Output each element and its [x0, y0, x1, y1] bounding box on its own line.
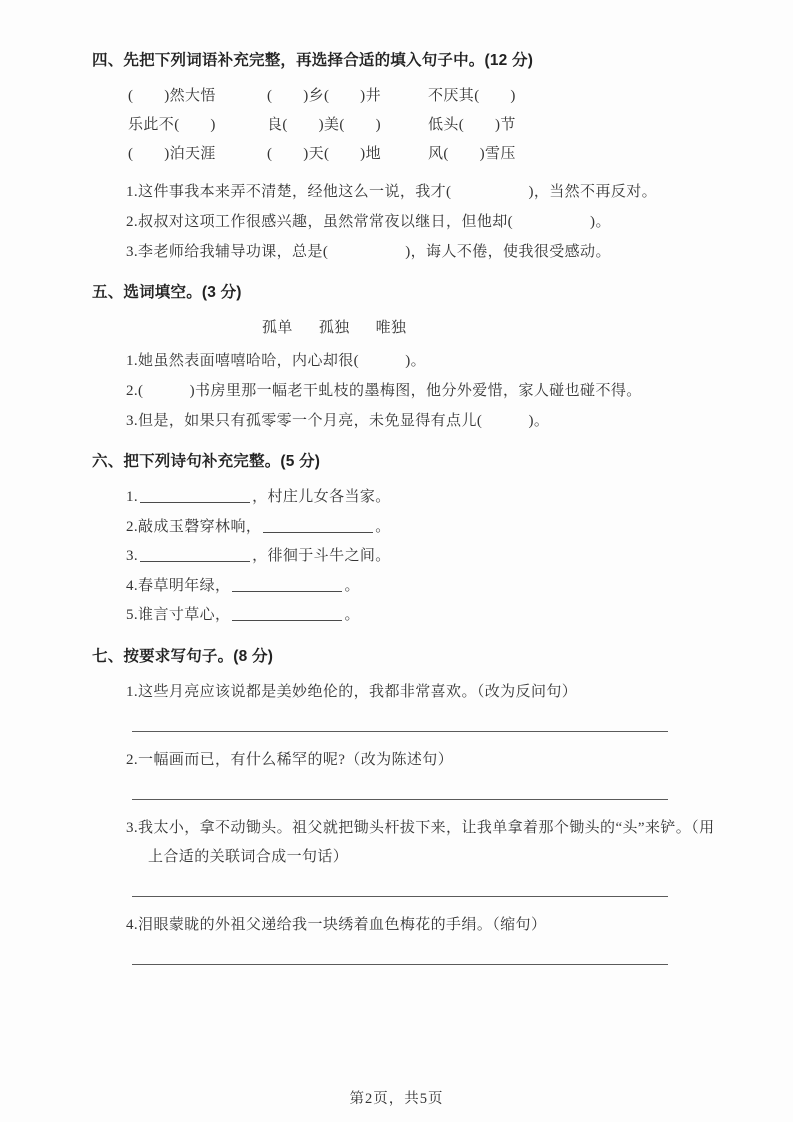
rewrite-question: 3.我太小，拿不动锄头。祖父就把锄头杆拔下来，让我单拿着那个锄头的“头”来铲。（…: [126, 814, 717, 872]
page-content: 四、先把下列词语补充完整，再选择合适的填入句子中。(12 分) ( )然大悟 (…: [0, 0, 793, 965]
poem-line: 2.敲成玉磬穿林响，。: [126, 513, 717, 543]
answer-line: [132, 964, 668, 965]
word-item: 低头( )节: [428, 111, 717, 140]
poem-line-post: 。: [375, 519, 390, 535]
section-word-choice: 五、选词填空。(3 分) 孤单 孤独 唯独 1.她虽然表面嘻嘻哈哈，内心却很( …: [92, 282, 717, 436]
blank-line: [140, 548, 250, 562]
section-five-title: 五、选词填空。(3 分): [92, 282, 717, 304]
word-item: 风( )雪压: [428, 140, 717, 169]
page-number: 第2页，共5页: [350, 1091, 444, 1107]
answer-line: [132, 799, 668, 800]
word-options: 孤单 孤独 唯独: [262, 314, 717, 342]
poem-line: 5.谁言寸草心，。: [126, 601, 717, 631]
blank-line: [263, 519, 373, 533]
word-item: 不厌其( ): [428, 82, 717, 111]
section-poem-completion: 六、把下列诗句补充完整。(5 分) 1.，村庄儿女各当家。 2.敲成玉磬穿林响，…: [92, 451, 717, 631]
fill-sentence: 3.李老师给我辅导功课，总是( )，诲人不倦，使我很受感动。: [126, 237, 717, 267]
poem-line-post: ，徘徊于斗牛之间。: [252, 548, 391, 564]
poem-line-post: ，村庄儿女各当家。: [252, 489, 391, 505]
poem-line: 4.春草明年绿，。: [126, 572, 717, 602]
fill-sentence: 1.她虽然表面嘻嘻哈哈，内心却很( )。: [126, 346, 717, 376]
blank-line: [232, 578, 342, 592]
poem-line: 3.，徘徊于斗牛之间。: [126, 542, 717, 572]
word-item: 良( )美( ): [267, 111, 428, 140]
exam-page: 四、先把下列词语补充完整，再选择合适的填入句子中。(12 分) ( )然大悟 (…: [0, 0, 793, 1122]
section-six-title: 六、把下列诗句补充完整。(5 分): [92, 451, 717, 473]
rewrite-question: 2.一幅画而已，有什么稀罕的呢?（改为陈述句）: [126, 746, 717, 775]
blank-line: [232, 607, 342, 621]
poem-line: 1.，村庄儿女各当家。: [126, 483, 717, 513]
poem-line-post: 。: [344, 607, 359, 623]
poem-line-pre: 5.谁言寸草心，: [126, 607, 230, 623]
word-completion-grid: ( )然大悟 ( )乡( )井 不厌其( ) 乐此不( ) 良( )美( ) 低…: [128, 82, 717, 169]
fill-sentence: 1.这件事我本来弄不清楚，经他这么一说，我才( )，当然不再反对。: [126, 177, 717, 207]
word-item: ( )天( )地: [267, 140, 428, 169]
section-four-title: 四、先把下列词语补充完整，再选择合适的填入句子中。(12 分): [92, 50, 717, 72]
word-item: ( )泊天涯: [128, 140, 267, 169]
rewrite-question: 4.泪眼蒙眬的外祖父递给我一块绣着血色梅花的手绢。（缩句）: [126, 911, 717, 940]
section-sentence-rewrite: 七、按要求写句子。(8 分) 1.这些月亮应该说都是美妙绝伦的，我都非常喜欢。（…: [92, 646, 717, 965]
poem-line-pre: 1.: [126, 489, 138, 505]
page-footer: 第2页，共5页: [0, 1087, 793, 1108]
section-seven-title: 七、按要求写句子。(8 分): [92, 646, 717, 668]
word-item: 乐此不( ): [128, 111, 267, 140]
rewrite-question: 1.这些月亮应该说都是美妙绝伦的，我都非常喜欢。（改为反问句）: [126, 678, 717, 707]
word-option: 孤独: [319, 314, 350, 342]
poem-line-post: 。: [344, 578, 359, 594]
word-option: 孤单: [262, 314, 293, 342]
fill-sentence: 3.但是，如果只有孤零零一个月亮，未免显得有点儿( )。: [126, 406, 717, 436]
word-option: 唯独: [376, 314, 407, 342]
word-item: ( )然大悟: [128, 82, 267, 111]
word-item: ( )乡( )井: [267, 82, 428, 111]
answer-line: [132, 731, 668, 732]
poem-line-pre: 2.敲成玉磬穿林响，: [126, 519, 261, 535]
poem-line-pre: 4.春草明年绿，: [126, 578, 230, 594]
answer-line: [132, 896, 668, 897]
poem-line-pre: 3.: [126, 548, 138, 564]
fill-sentence: 2.( )书房里那一幅老干虬枝的墨梅图，他分外爱惜，家人碰也碰不得。: [126, 376, 717, 406]
fill-sentence: 2.叔叔对这项工作很感兴趣，虽然常常夜以继日，但他却( )。: [126, 207, 717, 237]
section-word-completion: 四、先把下列词语补充完整，再选择合适的填入句子中。(12 分) ( )然大悟 (…: [92, 50, 717, 267]
blank-line: [140, 489, 250, 503]
